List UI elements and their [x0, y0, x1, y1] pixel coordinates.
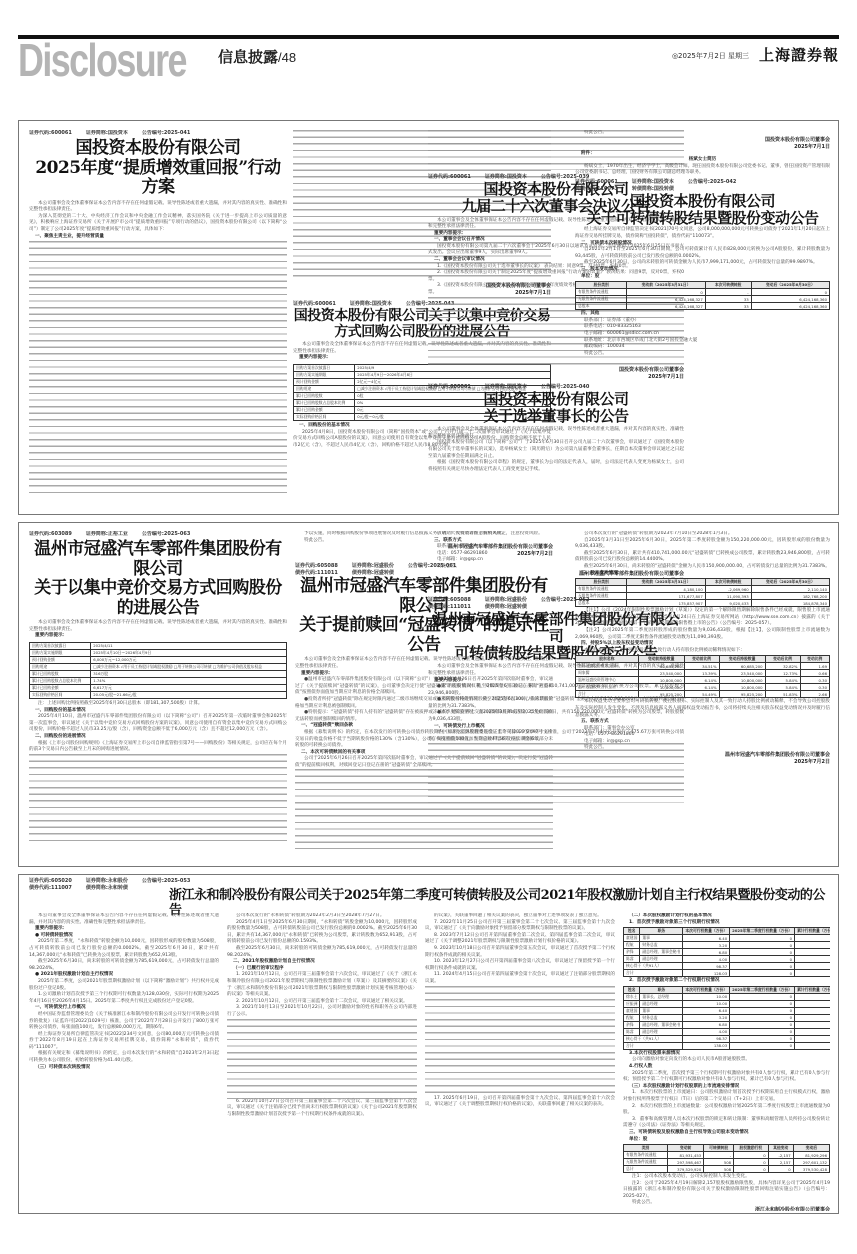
article-body: 本公司董事会及全体董事保证本公告内容不存在任何虚假记载、误导性陈述或者重大遗漏，… — [29, 620, 287, 640]
brand-logo: Disclosure — [18, 40, 186, 80]
signature-org: 浙江永和制冷股份有限公司董事会 — [623, 1207, 830, 1211]
option-exercise-table-2: 姓名职务本次可行权数量（万份）2025年第二季度行权数量（万份）累计行权数量（万… — [623, 986, 830, 1050]
bond-code-line: 债券代码:111007债券简称:永和转债 — [29, 885, 142, 892]
article-title: 2025年度“提质增效重回报”行动方案 — [29, 159, 287, 198]
article-body-text — [227, 1019, 417, 1099]
masthead: Disclosure 信息披露/48 ◎2025年7月2日 星期三 上海證券報 — [18, 40, 839, 80]
security-code-line: 证券代码:600061证券简称:国投资本公告编号:2025-041 — [29, 130, 287, 137]
share-change-table: 股份类别变动前（2025年3月31日）本次可转债转股变动后（2025年6月30日… — [575, 578, 830, 607]
bio-text: 杨斌女士，1970年出生，经济学学士，高级会计师。现任国投资本股份有限公司党委书… — [575, 164, 830, 177]
signature-org: 国投资本股份有限公司董事会 — [575, 137, 830, 144]
article-body: 17. 2025年6月19日，公司召开第四届董事会第十九次会议、第四届监事会第十… — [425, 1096, 615, 1109]
article-body: 本公司董事会及全体董事保证本公告内容不存在任何虚假记载、误导性陈述或者重大遗漏，… — [29, 913, 219, 1071]
article-body: （二）本次股权激励计划行权的基本情况 1．首次授予激励对象第三个行权期行权情况 — [623, 913, 830, 926]
article-body: 本次权益变动主要系公司可转债转股，使控股股东、实际控制人及其一致行动人持股比例被… — [575, 699, 830, 752]
article-column-1: 本公司董事会及全体董事保证本公告内容不存在任何虚假记载、误导性陈述或者重大遗漏，… — [29, 913, 219, 1211]
notice-box-yonghe: 证券代码:605020证券简称:永和股份公告编号:2025-053 债券代码:1… — [18, 874, 839, 1214]
company-name: 国投资本股份有限公司 — [29, 139, 287, 159]
article-body-text — [425, 986, 615, 1096]
article-body-text — [29, 754, 287, 844]
article-action-plan: 证券代码:600061证券简称:国投资本公告编号:2025-041 国投资本股份… — [29, 130, 287, 510]
article-column-3: 的议案》，关联董事回避了相关议案的表决，独立董事对上述事项发表了独立意见。 7.… — [425, 913, 615, 1211]
article-body: 公司本次发行的“永和转债”转股期为2023年2月3日至2028年7月27日。 2… — [227, 913, 417, 1019]
notice-box-sdic: 证券代码:600061证券简称:国投资本公告编号:2025-041 国投资本股份… — [18, 120, 839, 515]
contact-info: 四、其他 联系部门：证券部（董办） 联系电话：010-83325163 电子邮箱… — [575, 311, 830, 357]
article-title: 关于以集中竞价交易方式回购股份的进展公告 — [29, 579, 287, 618]
article-body: 注1：公司本次股本变动后，公司实际控制人未发生变化。 注2：公司于2025年4月… — [623, 1174, 830, 1207]
article-column-4: （二）本次股权激励计划行权的基本情况 1．首次授予激励对象第三个行权期行权情况 … — [623, 913, 830, 1211]
article-body: 经上海证券交易所自律监管决定书[2021]70号文同意，公司8,000,000,… — [575, 227, 830, 280]
security-code-line: 证券代码:605020证券简称:永和股份公告编号:2025-053 — [29, 878, 204, 885]
article-sdic-cb-result: 特此公告。 国投资本股份有限公司董事会 2025年7月1日 附件： 杨斌女士简历… — [575, 130, 830, 510]
dateline: ◎2025年7月2日 星期三 — [672, 51, 749, 61]
notice-box-gsp: 证券代码:603089证券简称:正裕工业公告编号:2025-063 温州市冠盛汽… — [18, 522, 839, 867]
company-name: 温州市冠盛汽车零部件集团股份有限公司 — [29, 540, 287, 579]
shareholder-equity-table: 股东名称变动前持股数量变动前比例变动后持股数量变动后比例变动比例 浙江冠盛股份有… — [575, 655, 830, 698]
page-number: /48 — [278, 50, 296, 65]
signature-date: 2025年7月2日 — [575, 759, 830, 766]
company-name: 国投资本股份有限公司 — [575, 193, 830, 210]
security-code-line: 证券代码:600061证券简称:国投资本公告编号:2025-042 — [575, 179, 830, 186]
article-gsp-cb-continued: 公司本次发行的“冠盛转债”转股期为2023年7月10日至2028年1月3日。 自… — [575, 531, 830, 863]
article-body: 本公司董事会及全体董事保证本公告内容不存在任何虚假记载、误导性陈述或者重大遗漏，… — [29, 201, 287, 241]
signature-org: 温州市冠盛汽车零部件集团股份有限公司董事会 — [575, 752, 830, 759]
section-title: 信息披露/48 — [218, 46, 296, 67]
signature-date: 2025年7月1日 — [575, 144, 830, 151]
article-gsp-buyback-progress: 证券代码:603089证券简称:正裕工业公告编号:2025-063 温州市冠盛汽… — [29, 531, 287, 863]
share-capital-change-table: 类别变动前可转债转股股权激励行权其他变动变动后 有限售条件流通股81,931,4… — [623, 1144, 830, 1173]
bio-title: 杨斌女士简历 — [575, 157, 830, 164]
closing-text: 特此公告。 — [575, 130, 830, 137]
article-body: 【注1】公司《2024年限制性股票激励计划（草案）》设定的第一个解除限售期解除限… — [575, 608, 830, 654]
option-exercise-table-1: 姓名职务本次可行权数量（万份）2025年第二季度行权数量（万份）累计行权数量（万… — [623, 927, 830, 977]
article-body: 的议案》，关联董事回避了相关议案的表决，独立董事对上述事项发表了独立意见。 7.… — [425, 913, 615, 986]
share-change-table: 股份类别变动前（2025年3月31日）本次可转债转股变动后（2025年6月30日… — [575, 281, 830, 310]
article-body: 注：上述回购比例按照截至2025年6月30日总股本（即181,307,500股）… — [29, 701, 287, 754]
newspaper-name: 上海證券報 — [759, 44, 839, 65]
article-title: 关于可转债转股结果暨股份变动公告 — [575, 210, 830, 227]
article-body: 2．首次授予激励对象第二个行权期行权情况 — [623, 978, 830, 985]
article-body: 6. 2022年10月27日公司召开第三届董事会第二十六次会议、第三届监事会第十… — [227, 1099, 417, 1119]
article-body-text — [29, 241, 287, 493]
section-name: 信息披露 — [218, 48, 278, 66]
security-code-line: 证券代码:603089证券简称:正裕工业公告编号:2025-063 — [29, 531, 287, 538]
article-body: 公司本次发行的“冠盛转债”转股期为2023年7月10日至2028年1月3日。 自… — [575, 531, 830, 577]
article-column-2: 公司本次发行的“永和转债”转股期为2023年2月3日至2028年7月27日。 2… — [227, 913, 417, 1211]
buyback-summary-table: 回购方案首次披露日2025/4/11 回购方案实施期限2025年4月10日～20… — [29, 642, 287, 699]
article-body: 3.本次行权股票来源情况 公司向激励对象定向发行的本公司人民币A股普通股股票。 … — [623, 1051, 830, 1143]
